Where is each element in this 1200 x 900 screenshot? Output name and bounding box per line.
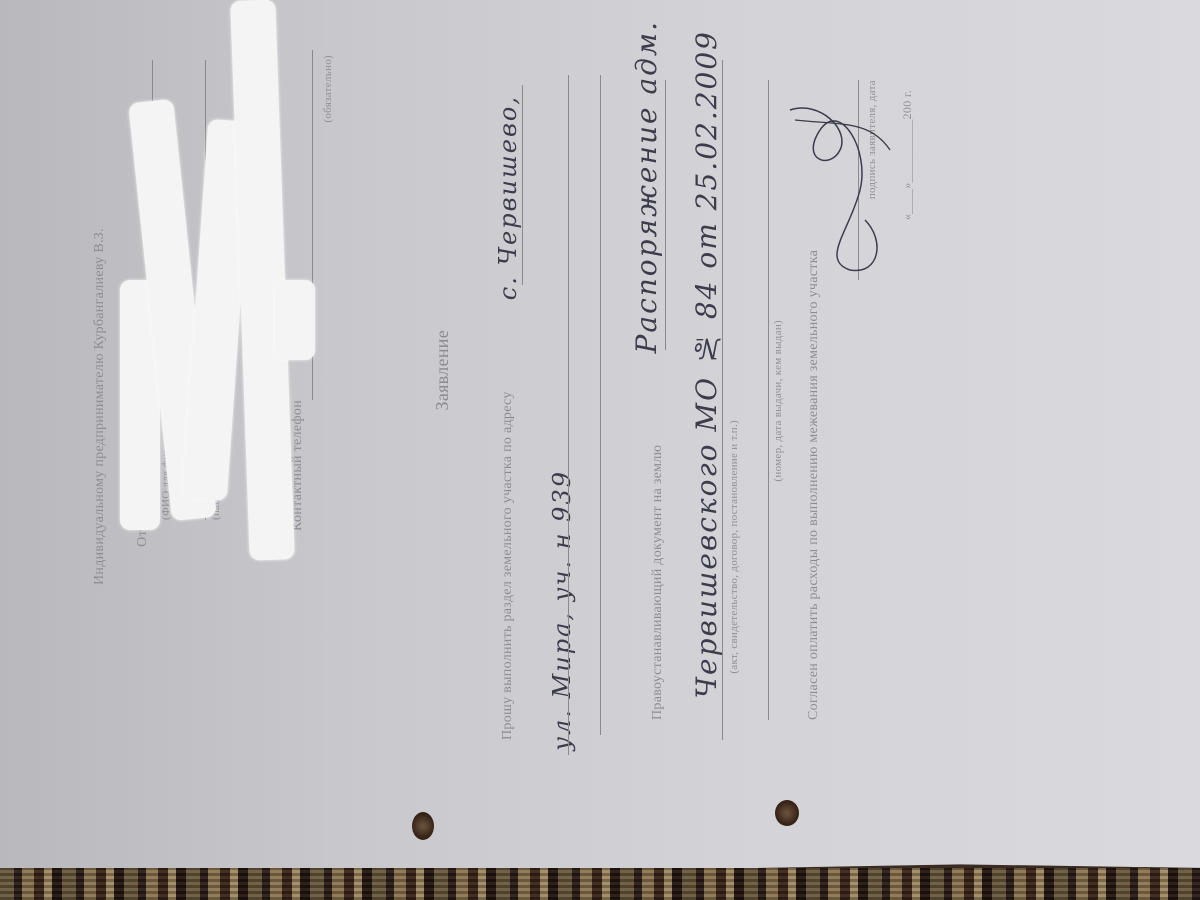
request-text: Прошу выполнить раздел земельного участк… — [500, 290, 516, 740]
address-line-3-rule — [600, 75, 601, 735]
redaction-patch — [275, 280, 315, 360]
issue-rule — [768, 80, 769, 720]
phone-caption: (обязательно) — [322, 55, 334, 123]
title-doc-rule — [665, 80, 666, 350]
punch-hole-icon — [412, 812, 434, 840]
address-handwritten-rule — [522, 85, 523, 285]
address-handwritten-1: с. Червишево, — [494, 95, 522, 300]
address-handwritten-2: ул. Мира, уч. н 939 — [548, 470, 576, 751]
date-line: «____»__________200 г. — [900, 90, 915, 220]
title-doc-line-2-rule — [722, 60, 723, 740]
punch-hole-icon — [775, 800, 799, 826]
page-title: Заявление — [432, 330, 453, 410]
title-doc-label: Правоустанавливающий документ на землю — [650, 360, 666, 720]
address-line-2-rule — [568, 75, 569, 755]
carpet-background — [0, 868, 1200, 900]
title-doc-handwritten-2: Червишевского МО № 84 от 25.02.2009 — [690, 30, 723, 699]
addressee-line: Индивидуальному предпринимателю Курбанга… — [92, 105, 108, 585]
issue-caption: (номер, дата выдачи, кем выдан) — [772, 320, 784, 482]
title-doc-caption: (акт, свидетельство, договор, постановле… — [728, 420, 740, 674]
title-doc-handwritten-1: Распоряжение адм. — [630, 20, 663, 353]
from-label: От — [135, 530, 151, 547]
signature-icon — [780, 90, 900, 280]
